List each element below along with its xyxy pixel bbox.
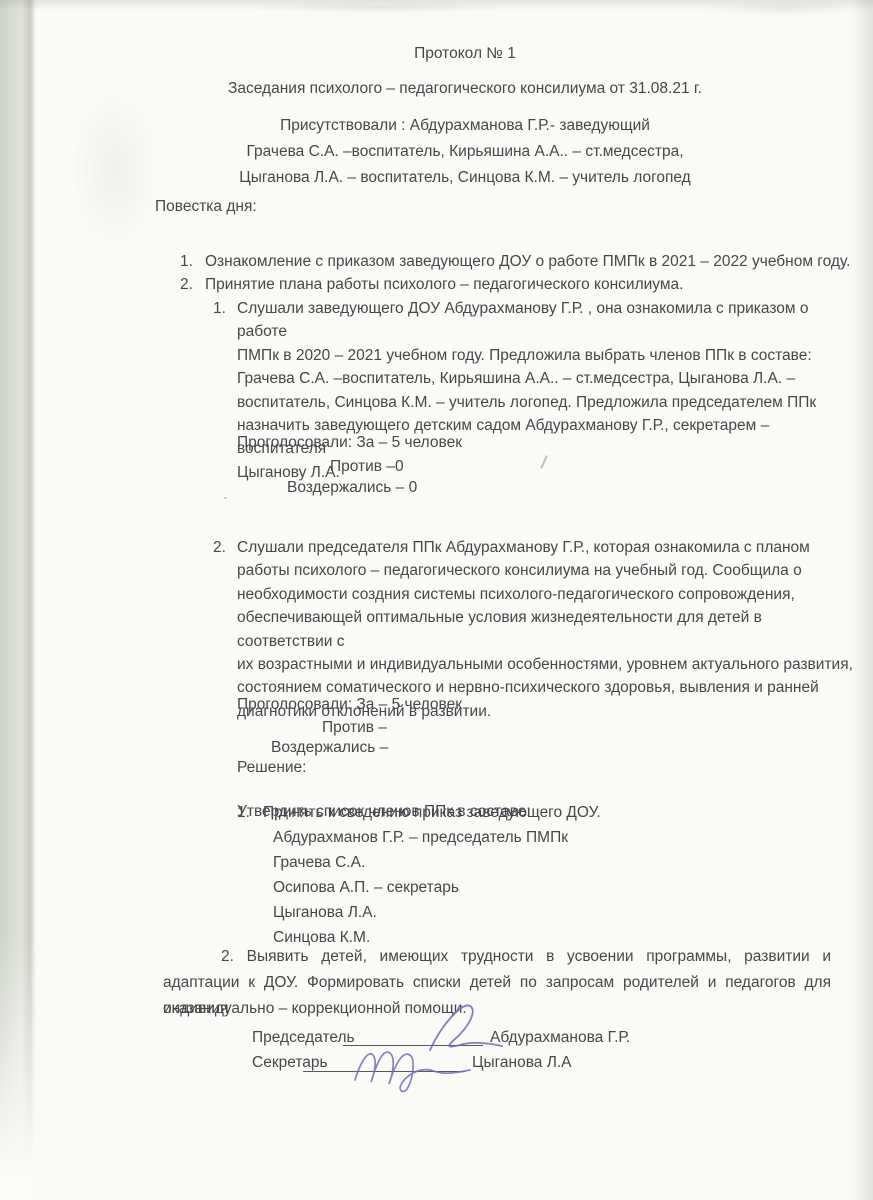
member-list-item: Грачева С.А. — [273, 851, 365, 874]
agenda-item: 2.Принятие плана работы психолого – педа… — [180, 250, 860, 297]
agenda-item-text: Принятие плана работы психолого – педаго… — [205, 276, 683, 293]
scan-blotch — [700, 2, 870, 16]
scan-edge-left — [0, 0, 36, 1200]
pen-dot-artifact — [224, 497, 227, 499]
decision-heading: Решение: — [237, 756, 306, 779]
approve-members-line: Утвердить список членов ППк в составе: — [237, 800, 531, 823]
member-list-item: Абдурахманов Г.Р. – председатель ПМПк — [273, 826, 568, 849]
scan-blotch — [250, 2, 510, 14]
protocol-scan-page: { "ink": { "text_color": "#46474b", "sig… — [0, 0, 873, 1200]
agenda-heading: Повестка дня: — [155, 195, 257, 218]
vote-for-line: Проголосовали: За – 5 человек — [237, 693, 462, 716]
handwritten-signatures — [330, 990, 520, 1100]
agenda-item-number: 2. — [180, 273, 205, 296]
chairman-signature-ink — [430, 1006, 502, 1050]
vote-abstain-line: Воздержались – 0 — [287, 476, 417, 499]
secretary-signature-ink — [355, 1052, 470, 1091]
member-list-item: Осипова А.П. – секретарь — [273, 876, 459, 899]
meeting-subtitle: Заседания психолого – педагогического ко… — [60, 77, 870, 100]
member-list-item: Цыганова Л.А. — [273, 901, 377, 924]
section-number: 1. — [213, 297, 226, 320]
vote-against-line: Против –0 — [330, 455, 404, 478]
section-number: 2. — [213, 536, 226, 559]
attendees-list: Присутствовали : Абдурахманова Г.Р.- зав… — [60, 113, 870, 191]
page-title: Протокол № 1 — [60, 42, 870, 65]
vote-for-line: Проголосовали: За – 5 человек — [237, 431, 462, 454]
